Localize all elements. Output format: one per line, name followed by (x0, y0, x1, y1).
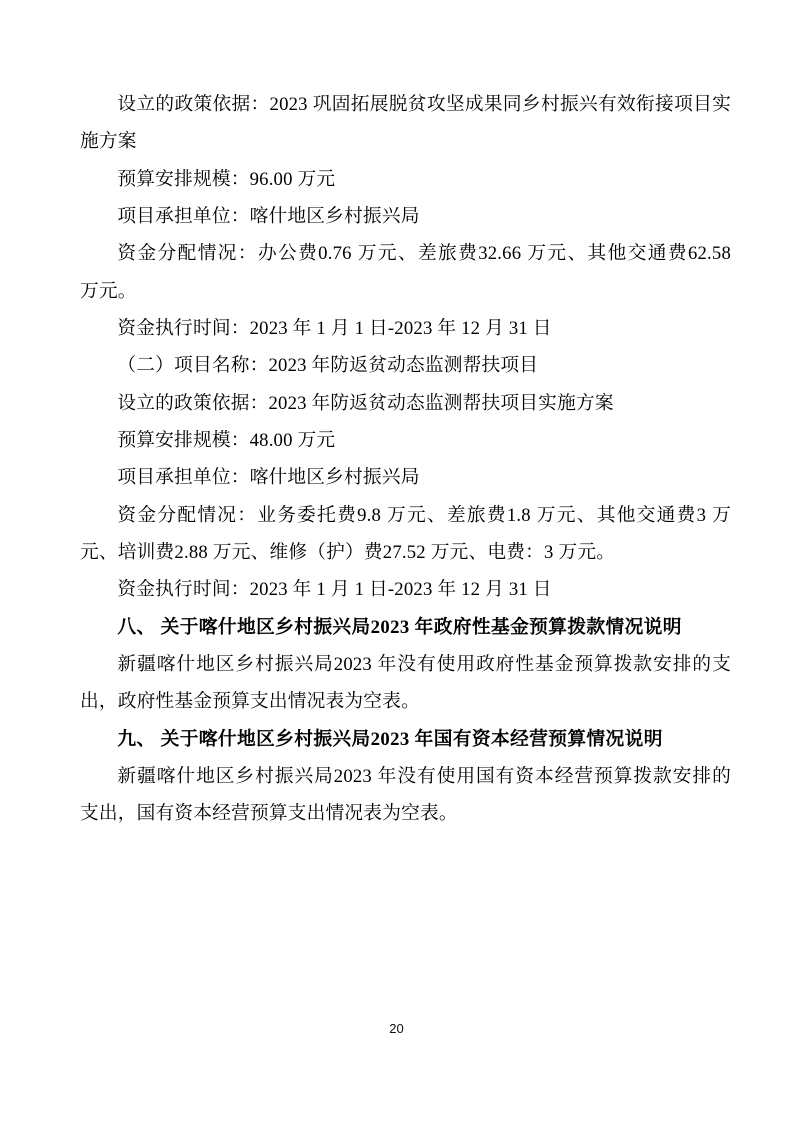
paragraph-policy-basis-2: 设立的政策依据：2023 年防返贫动态监测帮扶项目实施方案 (80, 385, 731, 422)
document-body: 设立的政策依据：2023 巩固拓展脱贫攻坚成果同乡村振兴有效衔接项目实 施方案 … (80, 86, 731, 833)
paragraph-policy-basis-1-line-2: 施方案 (80, 123, 731, 160)
paragraph-state-capital-note-line-2: 支出，国有资本经营预算支出情况表为空表。 (80, 795, 731, 832)
paragraph-execution-time-2: 资金执行时间：2023 年 1 月 1 日-2023 年 12 月 31 日 (80, 571, 731, 608)
document-page: 设立的政策依据：2023 巩固拓展脱贫攻坚成果同乡村振兴有效衔接项目实 施方案 … (0, 0, 793, 1122)
paragraph-fund-allocation-2-line-1: 资金分配情况：业务委托费9.8 万元、差旅费1.8 万元、其他交通费3 万 (80, 497, 731, 534)
paragraph-gov-fund-note-line-2: 出，政府性基金预算支出情况表为空表。 (80, 683, 731, 720)
paragraph-fund-allocation-1-line-2: 万元。 (80, 273, 731, 310)
paragraph-fund-allocation-2-line-2: 元、培训费2.88 万元、维修（护）费27.52 万元、电费：3 万元。 (80, 534, 731, 571)
paragraph-project-name-2: （二）项目名称：2023 年防返贫动态监测帮扶项目 (80, 347, 731, 384)
paragraph-gov-fund-note-line-1: 新疆喀什地区乡村振兴局2023 年没有使用政府性基金预算拨款安排的支 (80, 646, 731, 683)
paragraph-fund-allocation-1-line-1: 资金分配情况：办公费0.76 万元、差旅费32.66 万元、其他交通费62.58 (80, 235, 731, 272)
section-heading-9: 九、 关于喀什地区乡村振兴局2023 年国有资本经营预算情况说明 (80, 721, 731, 758)
paragraph-undertaking-unit-1: 项目承担单位：喀什地区乡村振兴局 (80, 198, 731, 235)
section-heading-8: 八、 关于喀什地区乡村振兴局2023 年政府性基金预算拨款情况说明 (80, 609, 731, 646)
paragraph-policy-basis-1-line-1: 设立的政策依据：2023 巩固拓展脱贫攻坚成果同乡村振兴有效衔接项目实 (80, 86, 731, 123)
page-number: 20 (0, 1021, 793, 1036)
paragraph-state-capital-note-line-1: 新疆喀什地区乡村振兴局2023 年没有使用国有资本经营预算拨款安排的 (80, 758, 731, 795)
paragraph-budget-scale-1: 预算安排规模：96.00 万元 (80, 161, 731, 198)
paragraph-execution-time-1: 资金执行时间：2023 年 1 月 1 日-2023 年 12 月 31 日 (80, 310, 731, 347)
paragraph-budget-scale-2: 预算安排规模：48.00 万元 (80, 422, 731, 459)
paragraph-undertaking-unit-2: 项目承担单位：喀什地区乡村振兴局 (80, 459, 731, 496)
